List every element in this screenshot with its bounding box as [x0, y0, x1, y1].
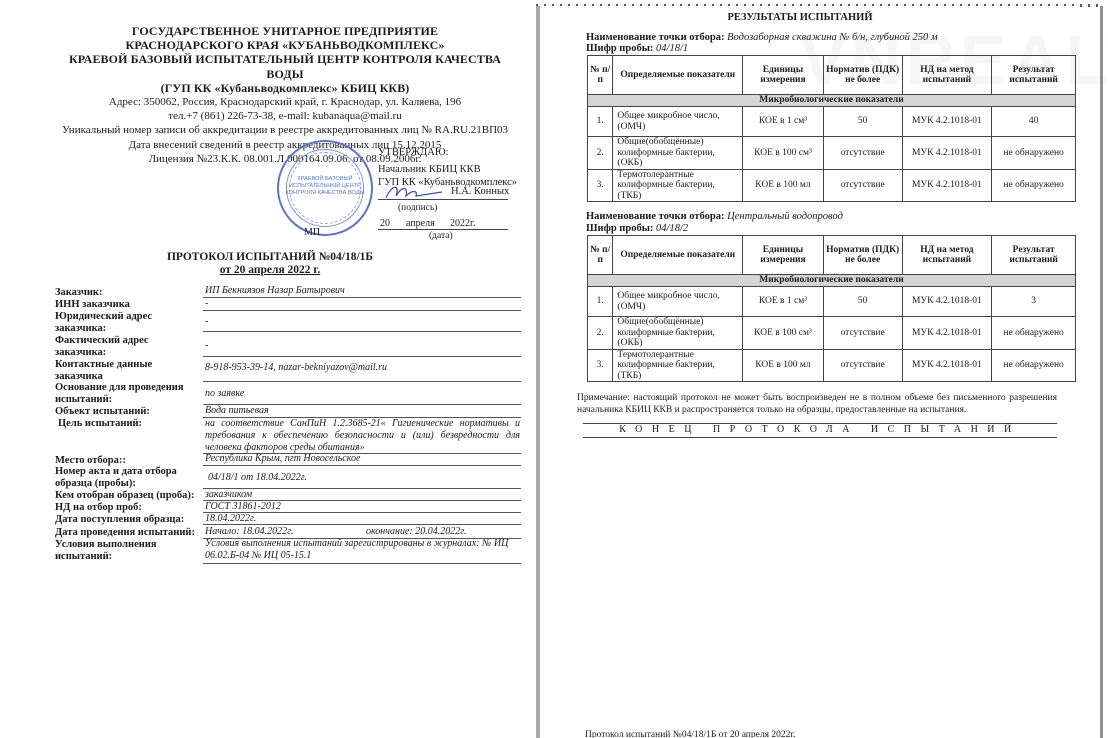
organization-header: ГОСУДАРСТВЕННОЕ УНИТАРНОЕ ПРЕДПРИЯТИЕ КР…: [60, 24, 510, 166]
unit: КОЕ в 100 мл: [743, 169, 824, 202]
org-line-1: ГОСУДАРСТВЕННОЕ УНИТАРНОЕ ПРЕДПРИЯТИЕ: [60, 24, 510, 38]
org-line-4: (ГУП КК «Кубаньводкомплекс» КБИЦ ККВ): [60, 81, 510, 95]
field-label-inn: ИНН заказчика: [55, 299, 200, 311]
field-label-test-dates: Дата проведения испытаний:: [55, 527, 215, 539]
field-value-test-end: окончание: 20.04.2022г.: [366, 526, 516, 538]
indicator-name: Общее микробное число, (ОМЧ): [613, 287, 743, 317]
column-header: Единицы измерения: [743, 236, 824, 275]
code-value: 04/18/2: [656, 223, 688, 234]
method: МУК 4.2.1018-01: [902, 137, 992, 170]
result: не обнаружено: [992, 317, 1076, 350]
field-value-conditions: Условия выполнения испытаний зарегистрир…: [205, 538, 520, 562]
sample-code-2: Шифр пробы: 04/18/2: [586, 223, 688, 235]
field-label-customer: Заказчик:: [55, 287, 200, 299]
date-caption: (дата): [429, 231, 453, 241]
org-address: Адрес: 350062, Россия, Краснодарский кра…: [60, 95, 510, 109]
indicator-name: Общие(обобщённые) колиформные бактерии, …: [613, 317, 743, 350]
unit: КОЕ в 100 см³: [743, 137, 824, 170]
unit: КОЕ в 1 см³: [743, 287, 824, 317]
protocol-date: от 20 апреля 2022 г.: [130, 264, 410, 276]
field-line: [203, 563, 521, 564]
column-header: Определяемые показатели: [613, 236, 743, 275]
table-row: 1. Общее микробное число, (ОМЧ) КОЕ в 1 …: [588, 107, 1076, 137]
date-line: [378, 229, 508, 230]
method: МУК 4.2.1018-01: [902, 349, 992, 382]
point-value: Водозаборная скважина № б/н, глубиной 25…: [727, 32, 938, 43]
indicator-name: Общие(обобщённые) колиформные бактерии, …: [613, 137, 743, 170]
results-table-1: № п/пОпределяемые показателиЕдиницы изме…: [587, 55, 1076, 202]
column-header: Норматив (ПДК) не более: [823, 236, 902, 275]
column-header: Единицы измерения: [743, 56, 824, 95]
norm: отсутствие: [823, 349, 902, 382]
indicator-name: Общее микробное число, (ОМЧ): [613, 107, 743, 137]
sampling-point-2: Наименование точки отбора: Центральный в…: [586, 211, 843, 223]
group-header: Микробиологические показатели: [588, 95, 1076, 107]
org-line-2: КРАСНОДАРСКОГО КРАЯ «КУБАНЬВОДКОМПЛЕКС»: [60, 38, 510, 52]
column-header: Определяемые показатели: [613, 56, 743, 95]
field-label-purpose: Цель испытаний:: [58, 418, 203, 430]
field-value-act-number: 04/18/1 от 18.04.2022г.: [208, 472, 523, 484]
protocol-title: ПРОТОКОЛ ИСПЫТАНИЙ №04/18/1Б: [130, 251, 410, 263]
column-header: № п/п: [588, 56, 613, 95]
field-value-inn: -: [205, 298, 520, 310]
signature-caption: (подпись): [398, 203, 437, 213]
result: не обнаружено: [992, 137, 1076, 170]
norm: отсутствие: [823, 317, 902, 350]
field-line: [203, 356, 521, 357]
field-line: [203, 465, 521, 466]
column-header: Результат испытаний: [992, 236, 1076, 275]
code-label: Шифр пробы:: [586, 223, 653, 234]
field-value-purpose: на соответствие СанПиН 1.2.3685-21« Гиги…: [205, 418, 520, 454]
official-stamp: КРАЕВОЙ БАЗОВЫЙ ИСПЫТАТЕЛЬНЫЙ ЦЕНТР КОНТ…: [277, 140, 373, 236]
row-number: 1.: [588, 107, 613, 137]
field-value-object: Вода питьевая: [205, 405, 520, 417]
results-table-2: № п/пОпределяемые показателиЕдиницы изме…: [587, 235, 1076, 382]
method: МУК 4.2.1018-01: [902, 169, 992, 202]
unit: КОЕ в 100 см³: [743, 317, 824, 350]
approver-name: Н.А. Конных: [451, 186, 509, 197]
point-label: Наименование точки отбора: [586, 211, 721, 222]
field-line: [203, 381, 521, 382]
org-line-3: КРАЕВОЙ БАЗОВЫЙ ИСПЫТАТЕЛЬНЫЙ ЦЕНТР КОНТ…: [60, 52, 510, 80]
table-row: 2. Общие(обобщённые) колиформные бактери…: [588, 317, 1076, 350]
result: не обнаружено: [992, 349, 1076, 382]
field-value-location: Республика Крым, пгт Новосельское: [205, 453, 520, 465]
results-title: РЕЗУЛЬТАТЫ ИСПЫТАНИЙ: [540, 12, 1060, 23]
column-header: НД на метод испытаний: [902, 236, 992, 275]
field-line: [203, 524, 521, 525]
method: МУК 4.2.1018-01: [902, 317, 992, 350]
org-accreditation: Уникальный номер записи об аккредитации …: [60, 123, 510, 137]
unit: КОЕ в 1 см³: [743, 107, 824, 137]
end-line-bottom: [583, 437, 1057, 438]
norm: 50: [823, 287, 902, 317]
table-row: 3. Термотолерантные колиформные бактерии…: [588, 349, 1076, 382]
end-of-protocol: КОНЕЦ ПРОТОКОЛА ИСПЫТАНИЙ: [583, 424, 1057, 435]
field-label-conditions: Условия выполнения испытаний:: [55, 539, 200, 563]
norm: отсутствие: [823, 169, 902, 202]
unit: КОЕ в 100 мл: [743, 349, 824, 382]
row-number: 2.: [588, 317, 613, 350]
stamp-mp-label: МП: [304, 227, 320, 238]
norm: отсутствие: [823, 137, 902, 170]
signature-line: [378, 199, 508, 200]
column-header: № п/п: [588, 236, 613, 275]
field-line: [203, 310, 521, 311]
field-label-sampling-standard: НД на отбор проб:: [55, 502, 200, 514]
indicator-name: Термотолерантные колиформные бактерии, (…: [613, 349, 743, 382]
method: МУК 4.2.1018-01: [902, 287, 992, 317]
point-label: Наименование точки отбора: [586, 32, 721, 43]
sample-code-1: Шифр пробы: 04/18/1: [586, 43, 688, 55]
result: 3: [992, 287, 1076, 317]
point-value: Центральный водопровод: [727, 211, 843, 222]
date-day: 20: [380, 218, 406, 229]
field-label-object: Объект испытаний:: [55, 406, 200, 418]
field-value-customer: ИП Бекниязов Назар Батырович: [205, 285, 520, 297]
field-value-test-start: Начало: 18.04.2022г.: [205, 526, 315, 538]
column-header: НД на метод испытаний: [902, 56, 992, 95]
scrollbar-edge: [1100, 6, 1103, 738]
page-footer: Протокол испытаний №04/18/1Б от 20 апрел…: [585, 730, 796, 738]
field-label-act-number: Номер акта и дата отбора образца (пробы)…: [55, 466, 200, 490]
indicator-name: Термотолерантные колиформные бактерии, (…: [613, 169, 743, 202]
row-number: 3.: [588, 349, 613, 382]
date-year: 2022г.: [450, 218, 475, 229]
approval-date: 20апреля2022г.: [380, 218, 475, 229]
approval-title: УТВЕРЖДАЮ:: [378, 146, 517, 159]
row-number: 2.: [588, 137, 613, 170]
protocol-note: Примечание: настоящий протокол не может …: [577, 392, 1057, 416]
date-month: апреля: [406, 218, 450, 229]
method: МУК 4.2.1018-01: [902, 107, 992, 137]
field-label-contacts: Контактные данные заказчика: [55, 359, 200, 383]
column-header: Результат испытаний: [992, 56, 1076, 95]
result: 40: [992, 107, 1076, 137]
field-value-legal-address: -: [205, 316, 520, 328]
code-label: Шифр пробы:: [586, 43, 653, 54]
code-value: 04/18/1: [656, 43, 688, 54]
table-row: 1. Общее микробное число, (ОМЧ) КОЕ в 1 …: [588, 287, 1076, 317]
approval-position-1: Начальник КБИЦ ККВ: [378, 163, 517, 176]
field-line: [203, 331, 521, 332]
row-number: 3.: [588, 169, 613, 202]
stamp-text: КРАЕВОЙ БАЗОВЫЙ ИСПЫТАТЕЛЬНЫЙ ЦЕНТР КОНТ…: [279, 176, 371, 197]
result: не обнаружено: [992, 169, 1076, 202]
table-row: 3. Термотолерантные колиформные бактерии…: [588, 169, 1076, 202]
field-value-basis: по заявке: [205, 388, 520, 400]
field-label-sampled-by: Кем отобран образец (проба):: [55, 490, 215, 502]
org-contacts: тел.+7 (861) 226-73-38, e-mail: kubanaqu…: [60, 109, 510, 123]
column-header: Норматив (ПДК) не более: [823, 56, 902, 95]
table-row: 2. Общие(обобщённые) колиформные бактери…: [588, 137, 1076, 170]
field-label-actual-address: Фактический адрес заказчика:: [55, 335, 200, 359]
field-value-actual-address: -: [205, 340, 520, 352]
norm: 50: [823, 107, 902, 137]
group-header: Микробиологические показатели: [588, 275, 1076, 287]
field-value-contacts: 8-918-953-39-14, nazar-bekniyazov@mail.r…: [205, 362, 520, 374]
field-label-legal-address: Юридический адрес заказчика:: [55, 311, 200, 335]
row-number: 1.: [588, 287, 613, 317]
field-label-basis: Основание для проведения испытаний:: [55, 382, 200, 406]
field-label-receipt-date: Дата поступления образца:: [55, 514, 200, 526]
